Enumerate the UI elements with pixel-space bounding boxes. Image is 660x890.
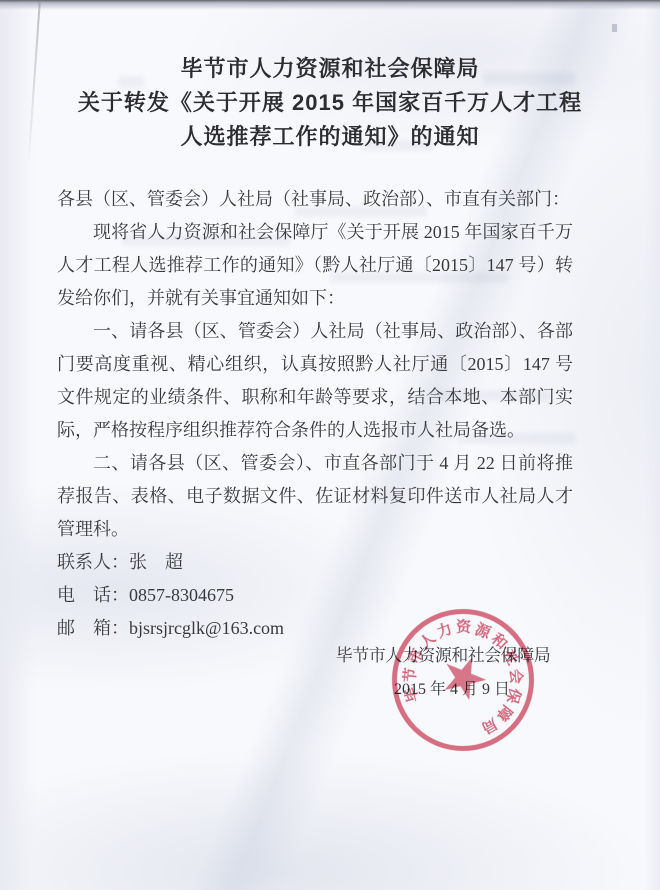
paragraph-item-1: 一、请各县（区、管委会）人社局（社事局、政治部）、各部门要高度重视、精心组织，认… (57, 315, 573, 447)
title-agency-line: 毕节市人力资源和社会保障局 (0, 52, 660, 86)
paragraph-intro: 现将省人力资源和社会保障厅《关于开展 2015 年国家百千万人才工程人选推荐工作… (57, 216, 573, 315)
title-line-2: 关于转发《关于开展 2015 年国家百千万人才工程 (0, 86, 660, 120)
contact-phone: 电 话：0857-8304675 (57, 579, 573, 612)
contact-person: 联系人：张 超 (57, 546, 573, 579)
salutation: 各县（区、管委会）人社局（社事局、政治部）、市直有关部门： (57, 183, 573, 216)
title-line-3: 人选推荐工作的通知》的通知 (0, 120, 660, 154)
document-body: 各县（区、管委会）人社局（社事局、政治部）、市直有关部门： 现将省人力资源和社会… (57, 183, 573, 645)
scanned-document-page: 毕节市人力资源和社会保障局 关于转发《关于开展 2015 年国家百千万人才工程 … (0, 0, 660, 890)
document-title: 毕节市人力资源和社会保障局 关于转发《关于开展 2015 年国家百千万人才工程 … (0, 52, 660, 154)
paragraph-item-2: 二、请各县（区、管委会）、市直各部门于 4 月 22 日前将推荐报告、表格、电子… (57, 447, 573, 546)
scan-top-edge (0, 0, 660, 10)
scan-artifact-speck (612, 24, 617, 32)
